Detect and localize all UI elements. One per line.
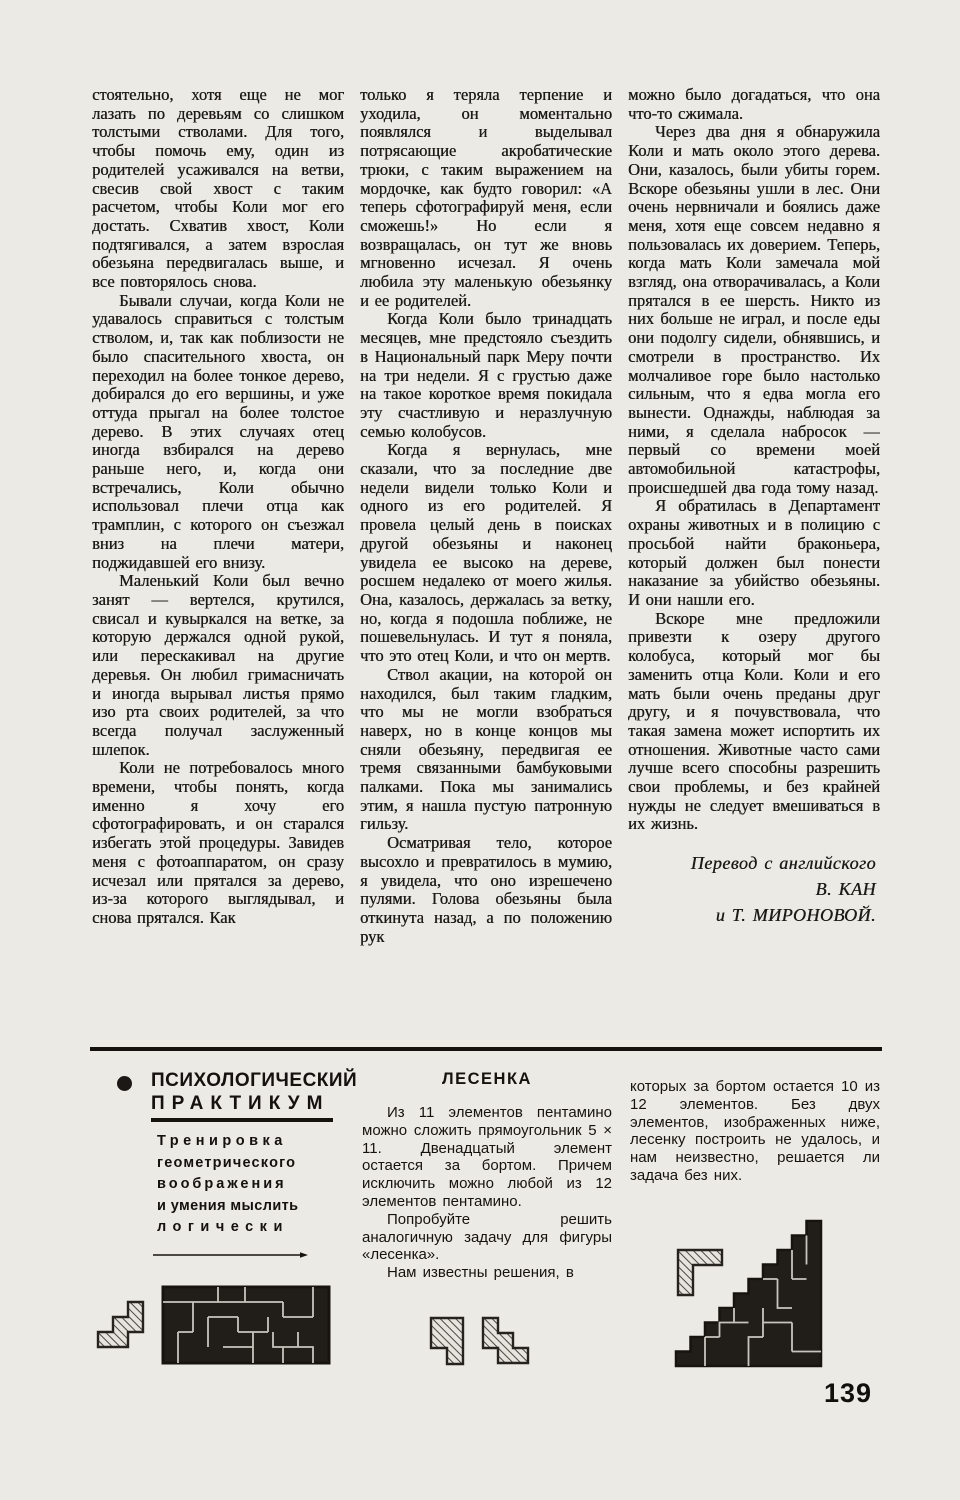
section-divider bbox=[90, 1047, 882, 1051]
subtitle-line: и умения мыслить bbox=[157, 1196, 357, 1218]
paragraph: Через два дня я обнаружила Коли и мать о… bbox=[628, 123, 880, 497]
paragraph: Из 11 элементов пентамино можно сложить … bbox=[362, 1104, 612, 1211]
paragraph: можно было догадаться, что она что-то сж… bbox=[628, 86, 880, 123]
subtitle-line: воображения bbox=[157, 1174, 357, 1196]
paragraph: Попробуйте решить аналогичную задачу для… bbox=[362, 1211, 612, 1264]
practicum-title: ПСИХОЛОГИЧЕСКИЙ ПРАКТИКУМ bbox=[151, 1070, 357, 1115]
puzzle-column-continuation: которых за бортом остается 10 из 12 элем… bbox=[630, 1078, 880, 1185]
paragraph: Маленький Коли был вечно занят — вертелс… bbox=[92, 572, 344, 759]
arrow-rule-icon bbox=[153, 1246, 357, 1264]
paragraph: Осматривая тело, которое высохло и превр… bbox=[360, 834, 612, 946]
w-pentomino-figure bbox=[95, 1299, 147, 1356]
rectangle-solution-figure bbox=[161, 1285, 331, 1370]
paragraph: Вскоре мне предложили привезти к озеру д… bbox=[628, 610, 880, 834]
paragraph: Когда Коли было тринадцать месяцев, мне … bbox=[360, 310, 612, 441]
practicum-subtitle: Тренировка геометрического воображения и… bbox=[157, 1131, 357, 1239]
staircase-figure bbox=[660, 1218, 838, 1377]
v-pentomino-icon bbox=[678, 1250, 722, 1295]
subtitle-line: Тренировка bbox=[157, 1131, 357, 1153]
practicum-title-line: ПСИХОЛОГИЧЕСКИЙ bbox=[151, 1070, 357, 1093]
lesenka-staircase-icon bbox=[676, 1221, 821, 1366]
article-column-1: стоятельно, хотя еще не мог лазать по де… bbox=[92, 86, 344, 1034]
title-underline bbox=[151, 1118, 333, 1122]
article-column-2: только я теряла терпение и уходила, он м… bbox=[360, 86, 612, 1034]
subtitle-line: логически bbox=[157, 1217, 357, 1239]
paragraph: Нам известны решения, в bbox=[362, 1264, 612, 1282]
paragraph: Я обратилась в Департамент охраны животн… bbox=[628, 497, 880, 609]
paragraph: Бывали случаи, когда Коли не удавалось с… bbox=[92, 292, 344, 573]
paragraph: Коли не потребовалось много времени, что… bbox=[92, 759, 344, 927]
page-number: 139 bbox=[816, 1378, 880, 1409]
p-pentomino-figure bbox=[428, 1315, 466, 1372]
puzzle-column: ЛЕСЕНКА Из 11 элементов пентамино можно … bbox=[362, 1070, 612, 1282]
credit-line: и Т. МИРОНОВОЙ. bbox=[628, 902, 876, 928]
paragraph: которых за бортом остается 10 из 12 элем… bbox=[630, 1078, 880, 1185]
practicum-title-line: ПРАКТИКУМ bbox=[151, 1093, 357, 1116]
bullet-circle-icon bbox=[117, 1076, 132, 1091]
paragraph: только я теряла терпение и уходила, он м… bbox=[360, 86, 612, 310]
translation-credit: Перевод с английского В. КАН и Т. МИРОНО… bbox=[628, 850, 880, 928]
puzzle-title: ЛЕСЕНКА bbox=[362, 1070, 612, 1089]
article-column-3: можно было догадаться, что она что-то сж… bbox=[628, 86, 880, 1034]
credit-line: Перевод с английского bbox=[628, 850, 876, 876]
paragraph: стоятельно, хотя еще не мог лазать по де… bbox=[92, 86, 344, 292]
w-pentomino-figure bbox=[480, 1315, 532, 1372]
subtitle-line: геометрического bbox=[157, 1153, 357, 1175]
paragraph: Ствол акации, на которой он находился, б… bbox=[360, 666, 612, 834]
magazine-page: стоятельно, хотя еще не мог лазать по де… bbox=[0, 0, 960, 1500]
practicum-block: ПСИХОЛОГИЧЕСКИЙ ПРАКТИКУМ Тренировка гео… bbox=[95, 1070, 357, 1264]
credit-line: В. КАН bbox=[628, 876, 876, 902]
paragraph: Когда я вернулась, мне сказали, что за п… bbox=[360, 441, 612, 665]
